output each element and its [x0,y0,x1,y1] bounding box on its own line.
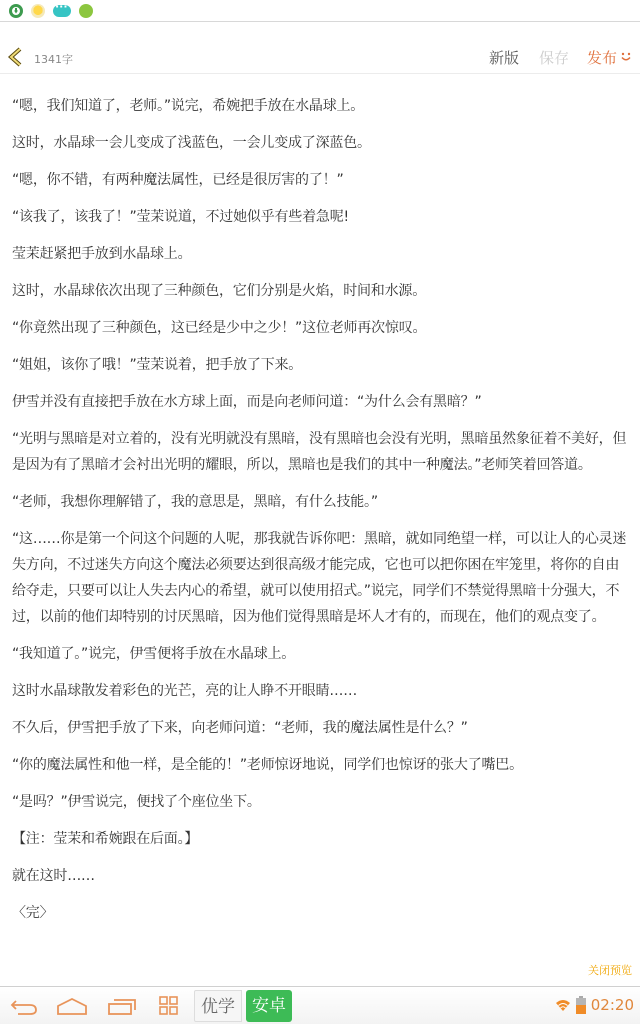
paragraph: 〈完〉 [12,900,628,926]
system-navigation-bar: 优学 安卓 02:20 [0,986,640,1024]
lightbulb-icon [31,4,45,18]
leaf-icon [79,4,93,18]
wifi-icon [555,998,571,1012]
grid-apps-icon[interactable] [153,995,185,1017]
article-preview: “嗯，我们知道了，老师。”说完，希婉把手放在水晶球上。 这时，水晶球一会儿变成了… [0,74,640,954]
paragraph: “嗯，我们知道了，老师。”说完，希婉把手放在水晶球上。 [12,93,628,119]
smile-icon[interactable] [620,51,632,63]
brand-label-anzhuo: 安卓 [246,990,292,1022]
word-count: 1341字 [34,51,73,67]
paragraph: 这时，水晶球依次出现了三种颜色，它们分别是火焰，时间和水源。 [12,278,628,304]
paragraph: “姐姐，该你了哦！”莹茉说着，把手放了下来。 [12,352,628,378]
notification-bar [0,0,640,22]
paragraph: 不久后，伊雪把手放了下来，向老师问道：“老师，我的魔法属性是什么？” [12,715,628,741]
download-icon [9,4,23,18]
brand-label-youxue: 优学 [194,990,242,1022]
paragraph: “我知道了。”说完，伊雪便将手放在水晶球上。 [12,641,628,667]
paragraph: “你的魔法属性和他一样，是全能的！”老师惊讶地说，同学们也惊讶的张大了嘴巴。 [12,752,628,778]
close-preview-button[interactable]: 关闭预览 [588,962,632,978]
save-button[interactable]: 保存 [539,47,569,68]
publish-button[interactable]: 发布 [587,47,617,68]
paragraph: “该我了，该我了！”莹茉说道，不过她似乎有些着急呢! [12,204,628,230]
chevron-left-icon[interactable] [6,46,28,68]
paragraph: “嗯，你不错，有两种魔法属性，已经是很厉害的了！” [12,167,628,193]
paragraph: 【注：莹茉和希婉跟在后面。】 [12,826,628,852]
editor-header: 1341字 新版 保存 发布 [0,22,640,74]
paragraph: 这时水晶球散发着彩色的光芒，亮的让人睁不开眼睛…… [12,678,628,704]
battery-icon [576,996,586,1014]
clock: 02:20 [591,996,634,1014]
system-status: 02:20 [555,996,634,1014]
paragraph: 莹茉赶紧把手放到水晶球上。 [12,241,628,267]
paragraph: “你竟然出现了三种颜色，这已经是少中之少！”这位老师再次惊叹。 [12,315,628,341]
back-arrow-icon[interactable] [8,995,40,1017]
home-icon[interactable] [56,995,88,1017]
paragraph: 就在这时…… [12,863,628,889]
recent-apps-icon[interactable] [106,995,138,1017]
paragraph: “老师，我想你理解错了，我的意思是，黑暗，有什么技能。” [12,489,628,515]
paragraph: “是吗？”伊雪说完，便找了个座位坐下。 [12,789,628,815]
new-version-button[interactable]: 新版 [489,47,519,68]
paragraph: 这时，水晶球一会儿变成了浅蓝色，一会儿变成了深蓝色。 [12,130,628,156]
paragraph: 伊雪并没有直接把手放在水方球上面，而是向老师问道：“为什么会有黑暗？” [12,389,628,415]
chat-bubble-icon [53,5,71,17]
paragraph: “光明与黑暗是对立着的，没有光明就没有黑暗，没有黑暗也会没有光明，黑暗虽然象征着… [12,426,628,478]
paragraph: “这……你是第一个问这个问题的人呢，那我就告诉你吧：黑暗，就如同绝望一样，可以让… [12,526,628,630]
